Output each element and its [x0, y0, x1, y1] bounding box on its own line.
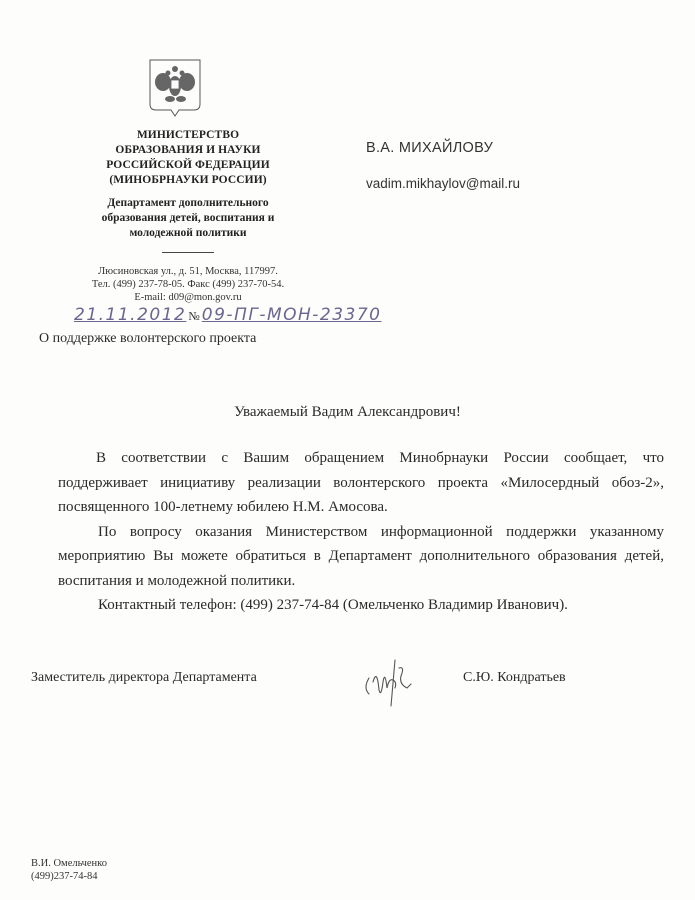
- body-paragraph: В соответствии с Вашим обращением Минобр…: [58, 446, 664, 520]
- ministry-line: РОССИЙСКОЙ ФЕДЕРАЦИИ: [60, 158, 316, 173]
- signatory-name: С.Ю. Кондратьев: [463, 670, 566, 686]
- executor-block: В.И. Омельченко (499)237-74-84: [31, 857, 107, 883]
- department-name: Департамент дополнительного образования …: [60, 196, 316, 241]
- address-line: Люсиновская ул., д. 51, Москва, 117997.: [60, 265, 316, 278]
- divider: [162, 252, 214, 253]
- letterhead: МИНИСТЕРСТВО ОБРАЗОВАНИЯ И НАУКИ РОССИЙС…: [60, 128, 316, 304]
- executor-name: В.И. Омельченко: [31, 857, 107, 870]
- body-paragraph: Контактный телефон: (499) 237-74-84 (Оме…: [58, 593, 664, 618]
- recipient-email: vadim.mikhaylov@mail.ru: [366, 176, 520, 191]
- letter-body: В соответствии с Вашим обращением Минобр…: [58, 446, 664, 618]
- subject: О поддержке волонтерского проекта: [39, 330, 269, 348]
- department-line: молодежной политики: [60, 226, 316, 241]
- ministry-name: МИНИСТЕРСТВО ОБРАЗОВАНИЯ И НАУКИ РОССИЙС…: [60, 128, 316, 188]
- ministry-line: МИНИСТЕРСТВО: [60, 128, 316, 143]
- registration-date: 21.11.2012: [74, 305, 186, 325]
- body-paragraph: По вопросу оказания Министерством информ…: [58, 520, 664, 594]
- ministry-line: (МИНОБРНАУКИ РОССИИ): [60, 173, 316, 188]
- ministry-line: ОБРАЗОВАНИЯ И НАУКИ: [60, 143, 316, 158]
- handwritten-signature-icon: [355, 648, 420, 710]
- department-line: образования детей, воспитания и: [60, 211, 316, 226]
- registration-number: 09-ПГ-МОН-23370: [202, 305, 382, 325]
- signatory-role: Заместитель директора Департамента: [31, 670, 257, 686]
- russian-coat-of-arms-icon: [146, 58, 204, 122]
- registration-line: 21.11.2012№09-ПГ-МОН-23370: [74, 305, 382, 325]
- address-block: Люсиновская ул., д. 51, Москва, 117997. …: [60, 265, 316, 304]
- phone-fax-line: Тел. (499) 237-78-05. Факс (499) 237-70-…: [60, 278, 316, 291]
- number-sign: №: [188, 309, 199, 323]
- executor-phone: (499)237-74-84: [31, 870, 107, 883]
- department-line: Департамент дополнительного: [60, 196, 316, 211]
- email-line: E-mail: d09@mon.gov.ru: [60, 291, 316, 304]
- recipient-name: В.А. МИХАЙЛОВУ: [366, 140, 493, 156]
- greeting: Уважаемый Вадим Александрович!: [0, 404, 695, 421]
